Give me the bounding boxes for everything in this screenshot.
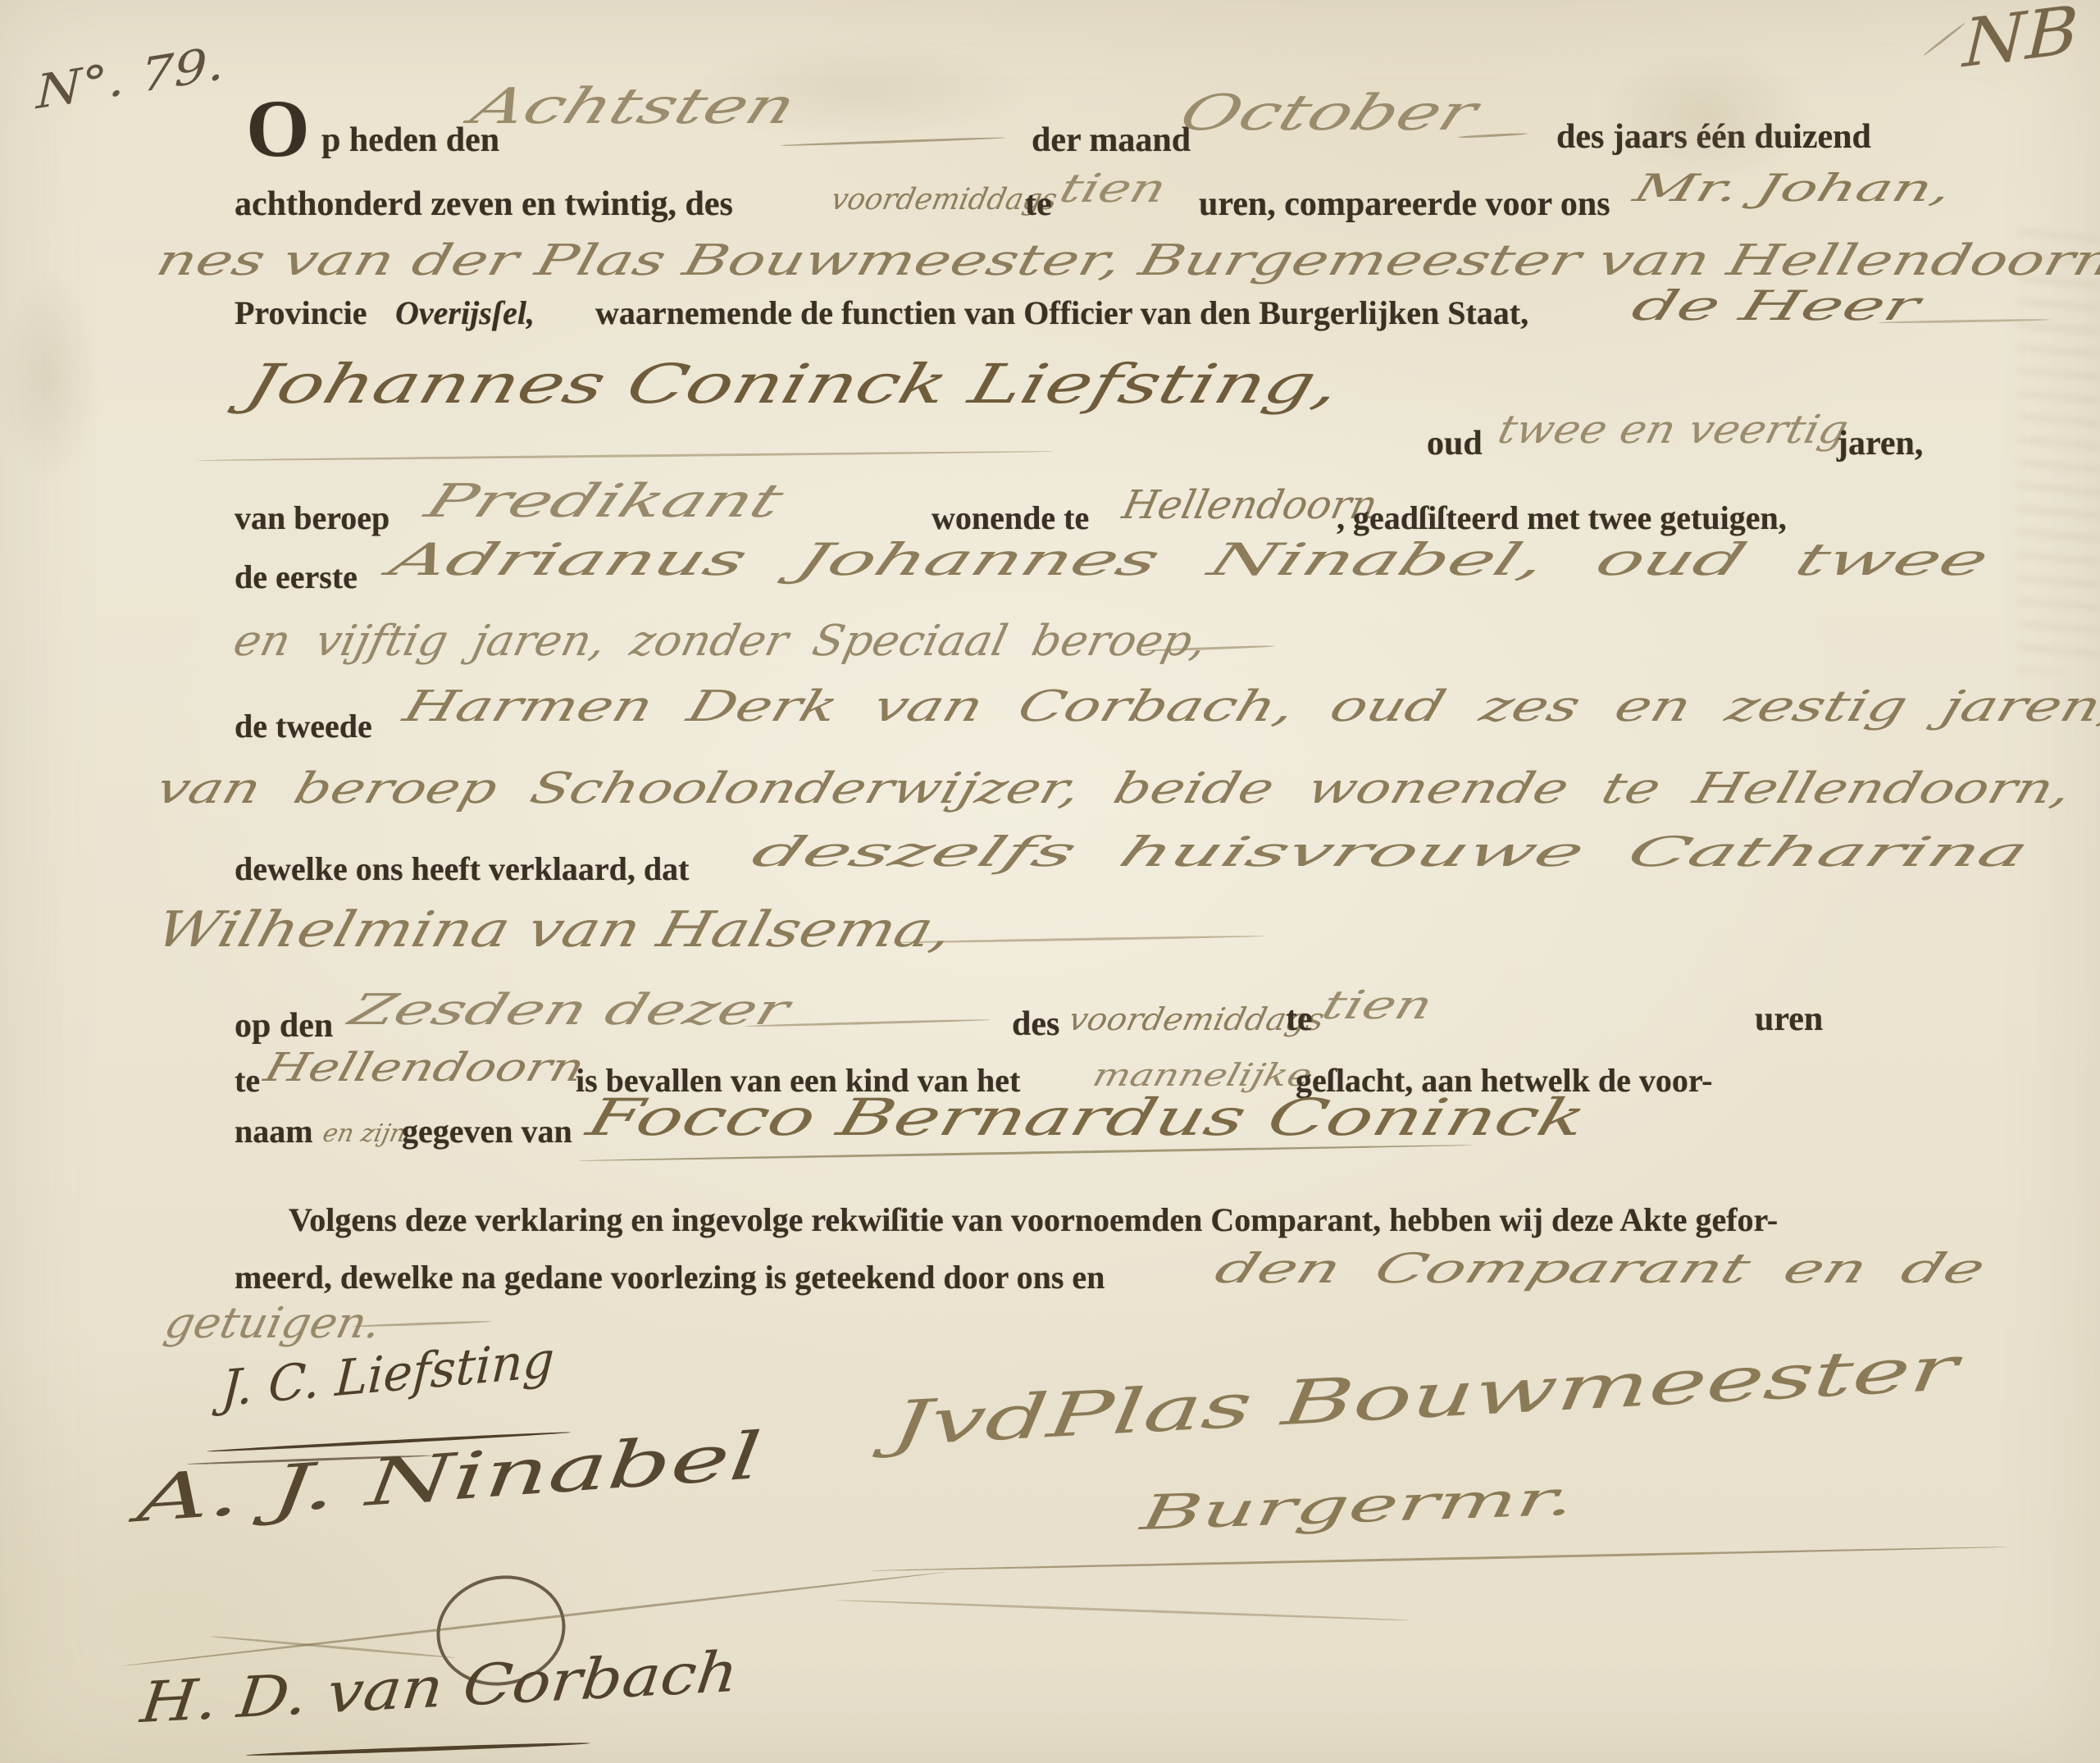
signature-ninabel: A. J. Ninabel [134,1424,764,1532]
printed-te-2: te [1286,1002,1313,1036]
pen-stroke [1923,22,1966,57]
printed-naam: naam [235,1115,313,1148]
written-closing: den Comparant en de [1209,1248,1990,1289]
signature-corbach: H. D. van Corbach [138,1645,740,1733]
drop-cap: O [246,92,310,166]
written-day: Achtsten [465,82,802,131]
printed-month-intro: der maand [1032,123,1191,157]
written-month: October [1173,89,1483,138]
signature-flourish [246,1741,590,1757]
written-birth-day: Zesden dezer [344,989,795,1032]
printed-de-tweede: de tweede [235,710,372,743]
written-witness2-cont: van beroep Schoolonderwijzer, beide wone… [152,768,2077,810]
printed-oud: oud [1427,426,1483,461]
corner-paraaf: NB [1962,0,2080,77]
written-child-name: Focco Bernardus Coninck [582,1092,1592,1143]
written-witness1-cont: en vijftig jaren, zonder Speciaal beroep… [230,620,1210,663]
filler-line [197,450,1054,462]
written-birth-hour: tien [1318,986,1437,1025]
bleed-through-smudge [1599,49,1812,180]
act-number: N°. 79. [36,40,224,116]
printed-van-beroep: van beroep [235,502,389,535]
signature-flourish [871,1546,2007,1572]
printed-verklaard: dewelke ons heeft verklaard, dat [235,853,689,886]
written-mother-1: deszelfs huisvrouwe Catharina [746,831,2035,872]
filler-line [1458,133,1528,139]
printed-jaren: jaren, [1837,426,1923,461]
written-mother-2: Wilhelmina van Halsema, [151,905,958,954]
scanned-birth-record: N°. 79. NB O p heden den Achtsten der ma… [0,0,2100,1763]
written-age: twee en veertig [1494,410,1852,449]
written-de-heer: de Heer [1628,285,1925,326]
printed-op-den: op den [235,1009,333,1043]
printed-officier-line: waarnemende de functien van Officier van… [595,297,1528,330]
written-occupation: Predikant [419,479,789,525]
printed-compareerde: uren, compareerde voor ons [1199,187,1610,221]
filler-line [781,136,1006,147]
written-witness1: Adrianus Johannes Ninabel, oud twee [384,538,1995,582]
printed-province-name: Overijsſel, [395,297,535,330]
printed-te: te [1025,187,1052,221]
signature-flourish [836,1599,1410,1621]
printed-year: des jaars één duizend [1556,120,1871,154]
bleed-through-smudge [2017,230,2099,672]
written-witness2: Harmen Derk van Corbach, oud zes en zest… [399,686,2100,728]
printed-year-cont: achthonderd zeven en twintig, des [235,187,733,221]
bleed-through-smudge [0,271,98,484]
signature-bouwmeester: JvdPlas Bouwmeester [889,1338,1961,1455]
written-official-name-2: nes van der Plas Bouwmeester, Burgemeest… [152,239,2100,282]
signature-flourish [210,1635,455,1659]
signature-burgemeester-title: Burgermr. [1138,1474,1578,1537]
printed-de-eerste: de eerste [235,561,358,594]
printed-getuigen-intro: , geadſiſteerd met twee getuigen, [1337,502,1787,535]
written-official-name-1: Mr. Johan, [1630,169,1957,207]
printed-gegeven-van: gegeven van [402,1115,572,1148]
written-declarant-name: Johannes Coninck Liefsting, [240,358,1346,412]
written-hour: tien [1055,169,1171,208]
printed-te-place: te [235,1064,260,1097]
printed-closing-2: meerd, dewelke na gedane voorlezing is g… [235,1261,1105,1294]
written-birth-place: Hellendoorn [260,1048,588,1087]
printed-wonende-te: wonende te [932,502,1089,535]
printed-closing-1: Volgens deze verklaring en ingevolge rek… [289,1204,1778,1237]
written-getuigen: getuigen. [161,1302,385,1345]
printed-des: des [1012,1007,1059,1041]
printed-uren: uren [1755,1002,1823,1036]
printed-provincie: Provincie [235,297,367,330]
written-gender: mannelijke [1090,1059,1315,1091]
